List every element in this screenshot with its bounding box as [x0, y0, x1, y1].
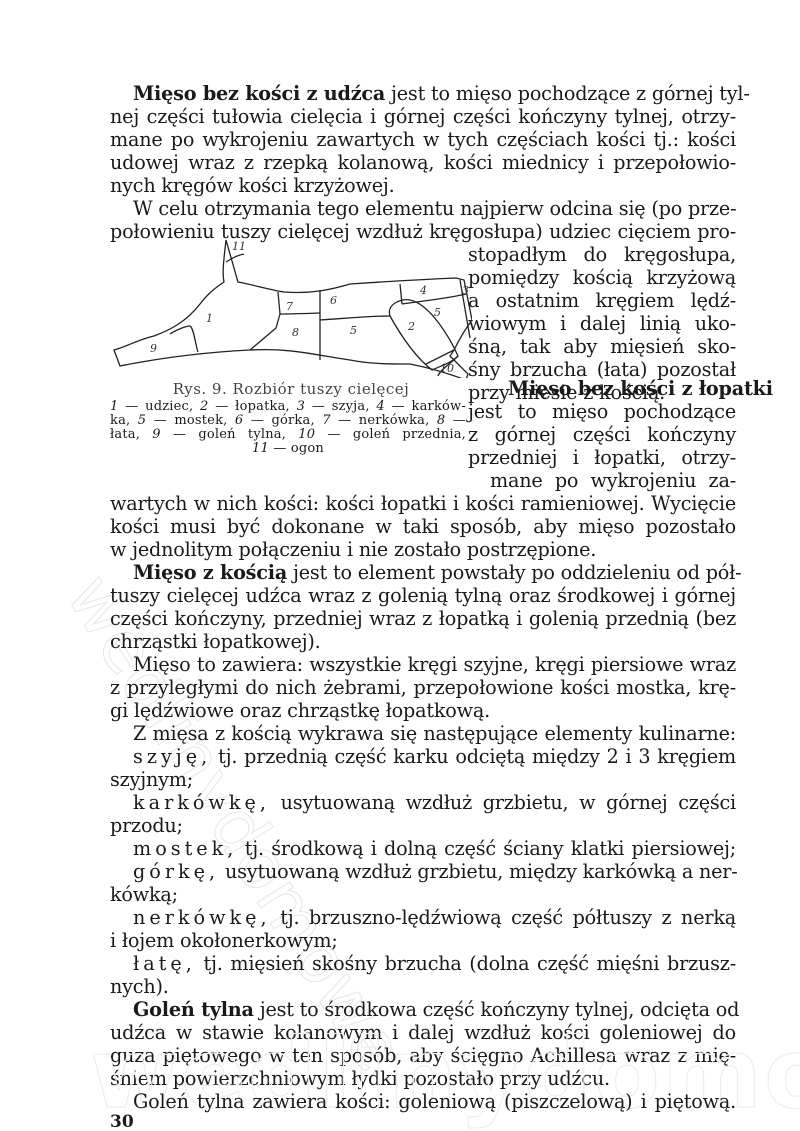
svg-text:11: 11: [232, 240, 246, 253]
page-number: 30: [110, 1112, 134, 1131]
svg-text:9: 9: [150, 342, 157, 355]
list-item: nerkówkę, tj. brzuszno-lędźwiową część p…: [133, 907, 736, 929]
svg-text:2: 2: [407, 320, 415, 333]
list-item: łatę, tj. mięsień skośny brzucha (dolna …: [133, 953, 736, 975]
bold-term: Mięso bez kości z łopatki: [508, 377, 773, 400]
paragraph-line: Mięso to zawiera: wszystkie kręgi szyjne…: [133, 654, 736, 676]
svg-text:7: 7: [286, 300, 293, 313]
spaced-term: karkówkę,: [133, 791, 270, 814]
figure-caption-title: Rys. 9. Rozbiór tuszy cielęcej: [110, 380, 472, 398]
paragraph-line: w jednolitym połączeniu i nie zostało po…: [110, 539, 736, 561]
list-item: górkę, usytuowaną wzdłuż grzbietu, międz…: [133, 861, 736, 883]
spaced-term: szyję,: [133, 745, 211, 768]
paragraph-line: Goleń tylna zawiera kości: goleniową (pi…: [133, 1091, 736, 1113]
bold-term: Mięso z kością: [133, 561, 287, 584]
paragraph-line: z przyległymi do nich żebrami, przepołow…: [110, 677, 736, 699]
paragraph-line: a ostatnim kręgiem lędź-: [468, 290, 736, 312]
svg-text:5: 5: [434, 306, 441, 319]
list-item-continuation: nych).: [110, 976, 736, 998]
carcass-cut-diagram: 9 1 7 8 5 6 4 3 5 2 10 11: [110, 238, 472, 378]
paragraph-line: kości musi być dokonane w taki sposób, a…: [110, 516, 736, 538]
paragraph-line: tuszy cielęcej udźca wraz z golenią tyln…: [110, 585, 736, 607]
spaced-term: górkę,: [133, 860, 219, 883]
paragraph-line: jest to mięso pochodzące: [468, 401, 736, 423]
svg-text:6: 6: [330, 294, 337, 307]
list-item-continuation: przodu;: [110, 815, 736, 837]
spaced-term: nerkówkę,: [133, 906, 271, 929]
spaced-term: mostek,: [133, 837, 237, 860]
book-page: wedlinydomowe Mięso bez kości z udźca je…: [0, 0, 800, 1131]
paragraph-line: mane po wykrojeniu zawartych w tych częś…: [110, 129, 736, 151]
paragraph-line: Mięso bez kości z łopatki: [508, 378, 736, 400]
paragraph-line: wartych w nich kości: kości łopatki i ko…: [110, 493, 736, 515]
list-item-continuation: szyjnym;: [110, 769, 736, 791]
paragraph-line: z górnej części kończyny: [468, 424, 736, 446]
svg-text:3: 3: [462, 284, 469, 297]
figure-legend-line: 11 — ogon: [110, 442, 466, 457]
list-item: karkówkę, usytuowaną wzdłuż grzbietu, w …: [133, 792, 736, 814]
list-item-continuation: kówką;: [110, 884, 736, 906]
paragraph-line: śną, tak aby mięsień sko-: [468, 336, 736, 358]
paragraph-line: nej części tułowia cielęcia i górnej czę…: [110, 106, 736, 128]
svg-text:1: 1: [206, 312, 213, 325]
paragraph-line: gi lędźwiowe oraz chrząstkę łopatkową.: [110, 700, 736, 722]
paragraph-line: pomiędzy kością krzyżową: [468, 267, 736, 289]
paragraph-line: Mięso z kością jest to element powstały …: [133, 562, 736, 584]
bold-term: Mięso bez kości z udźca: [133, 82, 385, 105]
paragraph-line: wiowym i dalej linią uko-: [468, 313, 736, 335]
list-item-continuation: i łojem okołonerkowym;: [110, 930, 736, 952]
paragraph-line: Z mięsa z kością wykrawa się następujące…: [133, 723, 736, 745]
paragraph-line: mane po wykrojeniu za-: [490, 470, 736, 492]
paragraph-line: nych kręgów kości krzyżowej.: [110, 175, 736, 197]
list-item: mostek, tj. środkową i dolną część ścian…: [133, 838, 736, 860]
spaced-term: łatę,: [133, 952, 196, 975]
svg-text:10: 10: [440, 362, 454, 375]
paragraph-line: udowej wraz z rzepką kolanową, kości mie…: [110, 152, 736, 174]
paragraph-line: Mięso bez kości z udźca jest to mięso po…: [133, 83, 736, 105]
paragraph-line: części kończyny, przedniej wraz z łopatk…: [110, 608, 736, 630]
list-item: szyję, tj. przednią część karku odciętą …: [133, 746, 736, 768]
paragraph-line: chrząstki łopatkowej).: [110, 631, 736, 653]
watermark-bottom: wedlinydomowe.pl: [90, 1018, 800, 1130]
svg-text:8: 8: [292, 326, 299, 339]
svg-text:5: 5: [350, 324, 357, 337]
paragraph-line: W celu otrzymania tego elementu najpierw…: [133, 198, 736, 220]
svg-text:4: 4: [419, 284, 427, 297]
paragraph-line: stopadłym do kręgosłupa,: [468, 244, 736, 266]
paragraph-line: przedniej i łopatki, otrzy-: [468, 447, 736, 469]
